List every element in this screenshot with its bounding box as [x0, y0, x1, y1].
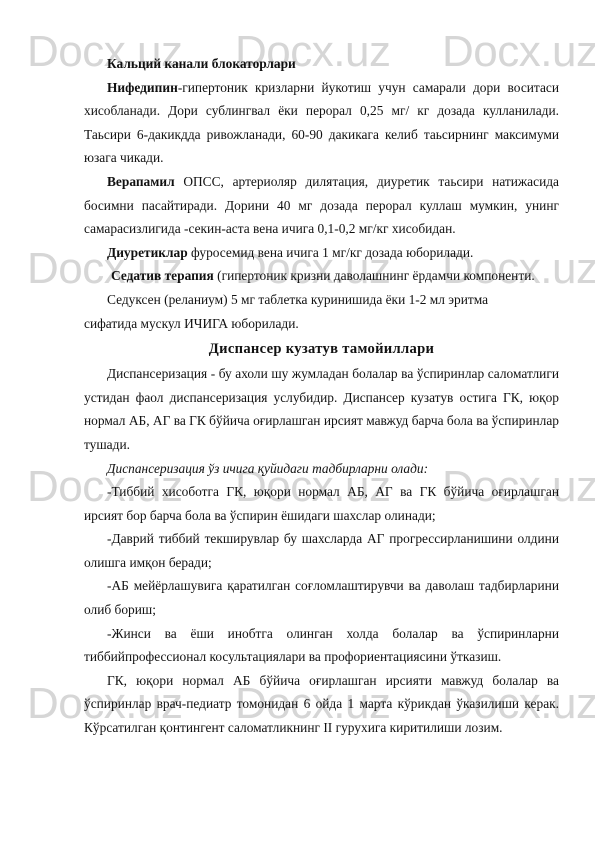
- sedative-text: (гипертоник кризни даволашнинг ёрдамчи к…: [214, 268, 535, 283]
- term-sedative: Седатив терапия: [111, 268, 214, 283]
- section-heading-calcium-blockers: Кальций канали блокаторлари: [84, 52, 559, 76]
- measure-item: -Жинси ва ёши инобтга олинган холда бола…: [84, 622, 559, 669]
- paragraph-dispensary-definition: Диспансеризация - бу ахоли шу жумладан б…: [84, 362, 559, 456]
- document-page: Docx.uzDocx.uzDocx.uzDocx.uzDocx.uzDocx.…: [0, 0, 595, 842]
- section-heading-dispensary: Диспансер кузатув тамойиллари: [84, 336, 559, 362]
- document-body: Кальций канали блокаторлари Нифедипин-ги…: [84, 52, 559, 740]
- measure-item: -Даврий тиббий текширувлар бу шахсларда …: [84, 527, 559, 574]
- paragraph-nifedipin: Нифедипин-гипертоник кризларни йукотиш у…: [84, 76, 559, 170]
- paragraph-verapamil: Верапамил ОПСС, артериоляр дилятация, ди…: [84, 170, 559, 241]
- diuretics-text: фуросемид вена ичига 1 мг/кг дозада юбор…: [188, 245, 474, 260]
- paragraph-closing: ГК, юқори нормал АБ бўйича оғирлашган ир…: [84, 669, 559, 740]
- term-verapamil: Верапамил: [107, 174, 175, 189]
- paragraph-seduxen-line1: Седуксен (реланиум) 5 мг таблетка курини…: [84, 288, 559, 312]
- paragraph-sedative: Седатив терапия (гипертоник кризни давол…: [84, 264, 559, 288]
- term-diuretics: Диуретиклар: [107, 245, 188, 260]
- measure-item: -АБ мейёрлашувига қаратилган соғломлашти…: [84, 574, 559, 621]
- paragraph-italic-intro: Диспансеризация ўз ичига қуйидаги тадбир…: [84, 457, 559, 481]
- paragraph-diuretics: Диуретиклар фуросемид вена ичига 1 мг/кг…: [84, 241, 559, 265]
- paragraph-seduxen-line2: сифатида мускул ИЧИГА юборилади.: [84, 312, 559, 336]
- measure-item: -Тиббий хисоботга ГК, юқори нормал АБ, А…: [84, 480, 559, 527]
- term-nifedipin: Нифедипин: [107, 80, 178, 95]
